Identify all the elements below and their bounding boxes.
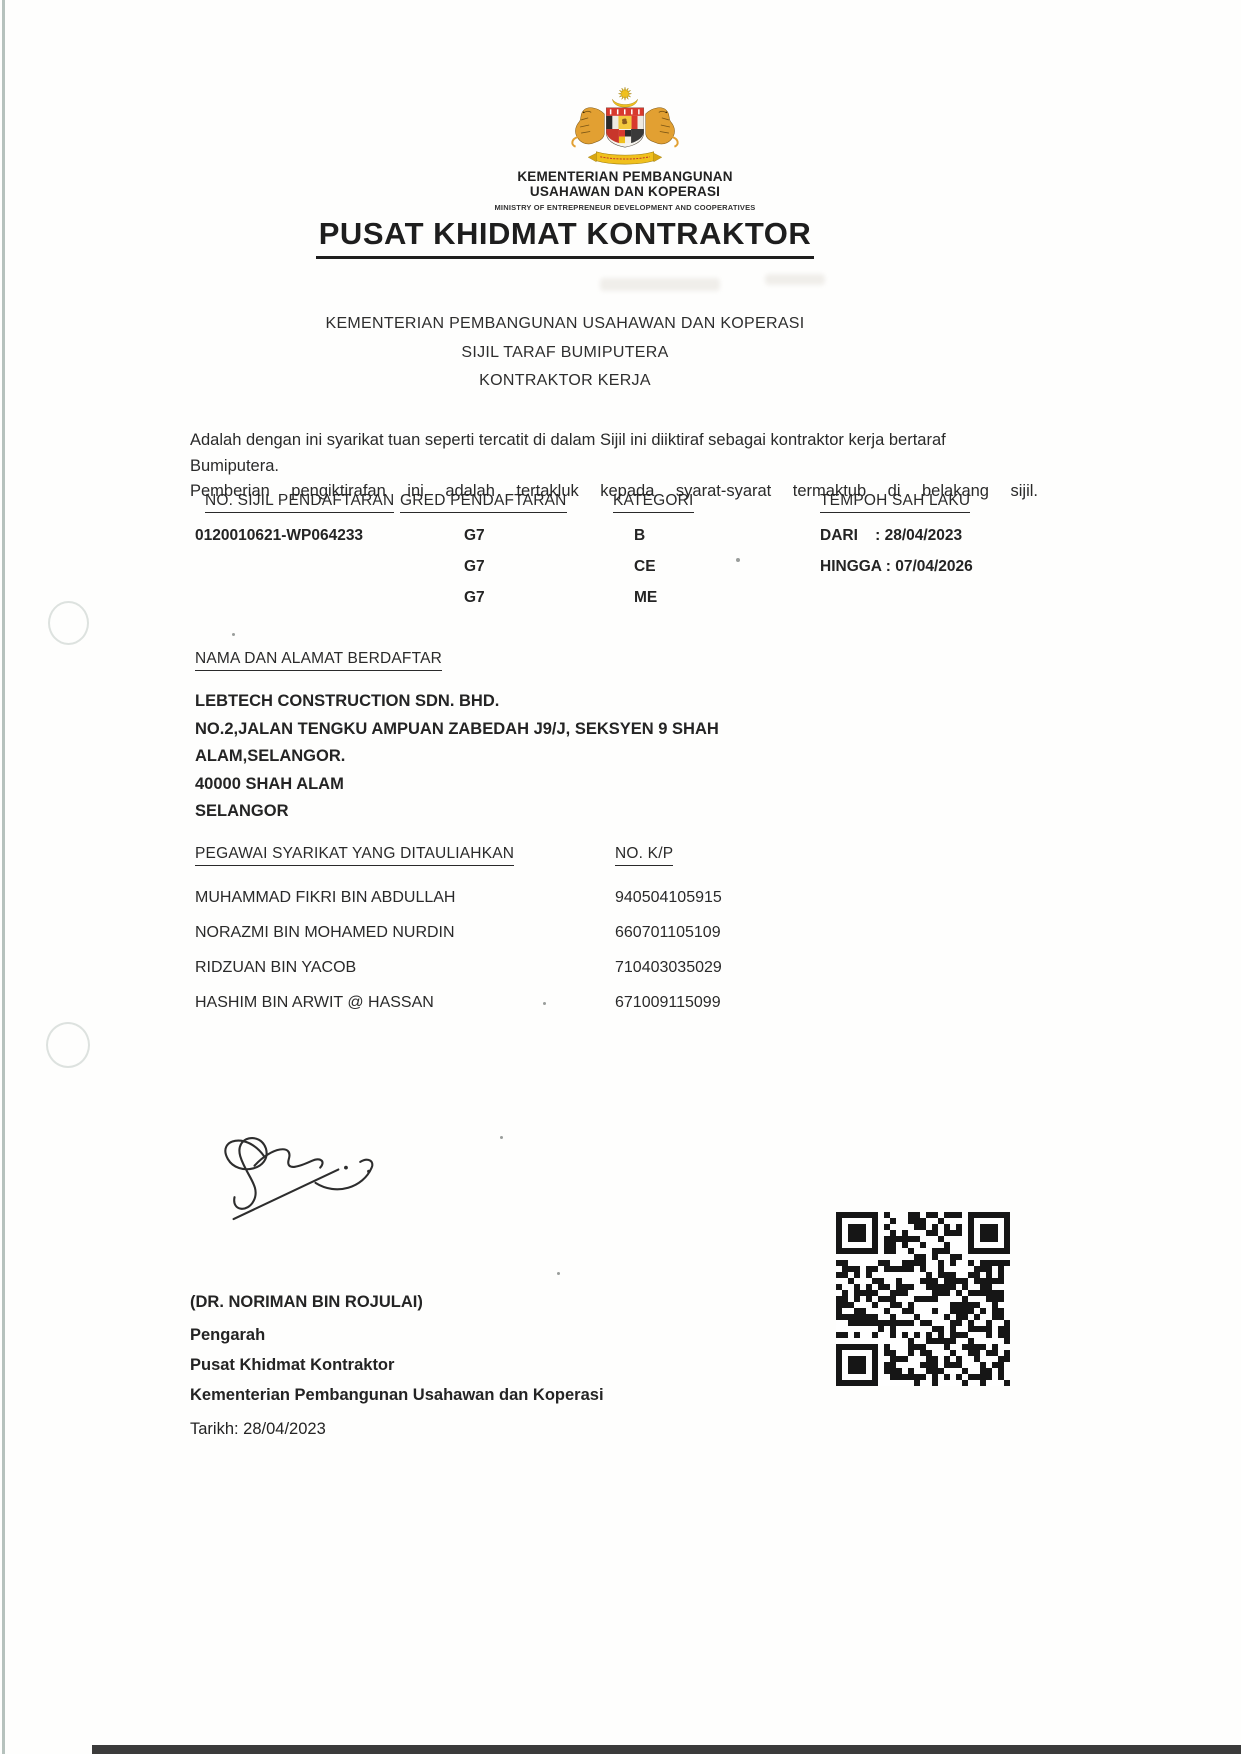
officer-row: HASHIM BIN ARWIT @ HASSAN 671009115099 [0, 994, 900, 1014]
officer-kp: 710403035029 [615, 959, 722, 977]
company-address-line: NO.2,JALAN TENGKU AMPUAN ZABEDAH J9/J, S… [195, 716, 795, 744]
handwritten-signature-icon [205, 1126, 405, 1234]
officer-row: MUHAMMAD FIKRI BIN ABDULLAH 940504105915 [0, 889, 900, 909]
kategori-value: B [634, 527, 657, 545]
ministry-line2: USAHAWAN DAN KOPERASI [425, 185, 825, 200]
shield [606, 108, 643, 147]
company-section-header: NAMA DAN ALAMAT BERDAFTAR [195, 650, 442, 671]
scan-bottom-bar [92, 1745, 1241, 1754]
scan-smudge [765, 274, 825, 285]
punch-hole-bottom [46, 1022, 90, 1068]
officer-kp: 671009115099 [615, 994, 721, 1012]
officer-name: RIDZUAN BIN YACOB [195, 959, 356, 977]
ministry-line3-english: MINISTRY OF ENTREPRENEUR DEVELOPMENT AND… [425, 201, 825, 216]
certificate-heading: KEMENTERIAN PEMBANGUNAN USAHAWAN DAN KOP… [195, 310, 935, 396]
validity-from: DARI : 28/04/2023 [820, 527, 962, 545]
heading-line2: SIJIL TARAF BUMIPUTERA [195, 339, 935, 368]
header-kategori: KATEGORI [613, 492, 694, 513]
officer-row: RIDZUAN BIN YACOB 710403035029 [0, 959, 900, 979]
header-tempoh: TEMPOH SAH LAKU [820, 492, 970, 513]
scan-edge-line [2, 0, 5, 1754]
officer-kp: 940504105915 [615, 889, 722, 907]
scan-speck [557, 1272, 560, 1275]
kategori-value: CE [634, 558, 657, 576]
tiger-right [646, 108, 678, 147]
gred-column: G7 G7 G7 [464, 527, 485, 607]
intro-line1: Adalah dengan ini syarikat tuan seperti … [190, 428, 1038, 479]
gred-value: G7 [464, 527, 485, 545]
company-address-line: SELANGOR [195, 798, 795, 826]
heading-line3: KONTRAKTOR KERJA [195, 367, 935, 396]
officers-kp-header: NO. K/P [615, 845, 673, 866]
officer-kp: 660701105109 [615, 924, 721, 942]
scan-speck [736, 558, 740, 562]
certificate-date: Tarikh: 28/04/2023 [190, 1420, 810, 1439]
tiger-left [572, 108, 604, 147]
heading-line1: KEMENTERIAN PEMBANGUNAN USAHAWAN DAN KOP… [195, 310, 935, 339]
qr-code [836, 1212, 1010, 1386]
ministry-line1: KEMENTERIAN PEMBANGUNAN [425, 170, 825, 185]
malaysia-coat-of-arms-icon [567, 82, 683, 174]
validity-until: HINGGA : 07/04/2026 [820, 558, 973, 576]
officers-section-header: PEGAWAI SYARIKAT YANG DITAULIAHKAN [195, 845, 514, 866]
no-sijil-value: 0120010621-WP064233 [195, 527, 363, 545]
banner-scroll [588, 152, 662, 164]
officer-name: MUHAMMAD FIKRI BIN ABDULLAH [195, 889, 455, 907]
officer-name: NORAZMI BIN MOHAMED NURDIN [195, 924, 455, 942]
scan-speck [500, 1136, 503, 1139]
page-title: PUSAT KHIDMAT KONTRAKTOR [316, 216, 814, 259]
punch-hole-top [48, 601, 89, 645]
kategori-column: B CE ME [634, 527, 657, 607]
scan-smudge [600, 278, 720, 291]
header-no-sijil: NO. SIJIL PENDAFTARAN [205, 492, 394, 513]
gred-value: G7 [464, 558, 485, 576]
kategori-value: ME [634, 589, 657, 607]
signatory-ministry: Kementerian Pembangunan Usahawan dan Kop… [190, 1386, 810, 1405]
signatory-title: Pengarah [190, 1326, 810, 1345]
signatory-name: (DR. NORIMAN BIN ROJULAI) [190, 1293, 810, 1312]
company-address-block: LEBTECH CONSTRUCTION SDN. BHD. NO.2,JALA… [195, 688, 795, 826]
company-address-line: ALAM,SELANGOR. [195, 743, 795, 771]
ministry-name-block: KEMENTERIAN PEMBANGUNAN USAHAWAN DAN KOP… [425, 170, 825, 216]
officer-name: HASHIM BIN ARWIT @ HASSAN [195, 994, 434, 1012]
gred-value: G7 [464, 589, 485, 607]
signatory-office: Pusat Khidmat Kontraktor [190, 1356, 810, 1375]
company-name: LEBTECH CONSTRUCTION SDN. BHD. [195, 688, 795, 716]
company-address-line: 40000 SHAH ALAM [195, 771, 795, 799]
org-title-wrap: PUSAT KHIDMAT KONTRAKTOR [195, 216, 935, 259]
header-gred: GRED PENDAFTARAN [400, 492, 567, 513]
certificate-page: KEMENTERIAN PEMBANGUNAN USAHAWAN DAN KOP… [0, 0, 1241, 1754]
scan-speck [232, 633, 235, 636]
officer-row: NORAZMI BIN MOHAMED NURDIN 660701105109 [0, 924, 900, 944]
